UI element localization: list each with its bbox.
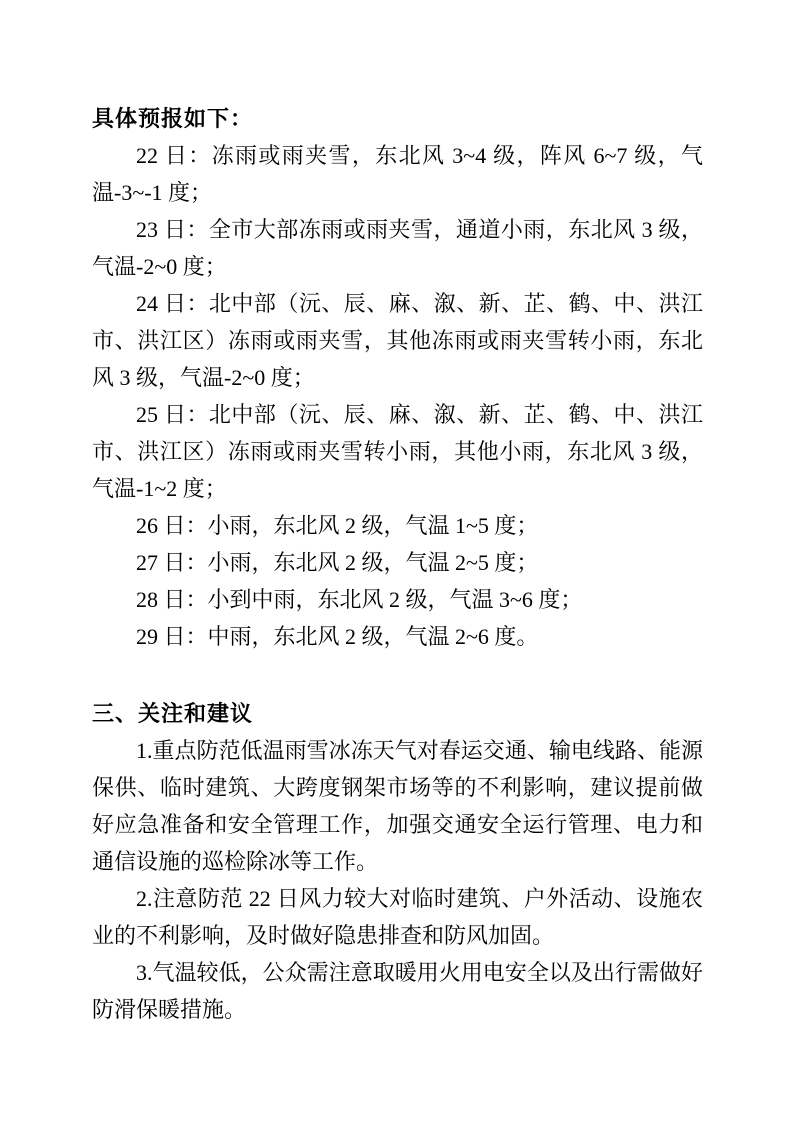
advice-item-2: 2.注意防范 22 日风力较大对临时建筑、户外活动、设施农业的不利影响，及时做好… <box>92 880 703 954</box>
forecast-heading: 具体预报如下： <box>92 100 703 137</box>
forecast-item-day23: 23 日：全市大部冻雨或雨夹雪，通道小雨，东北风 3 级，气温-2~0 度； <box>92 211 703 285</box>
advice-item-3: 3.气温较低，公众需注意取暖用火用电安全以及出行需做好防滑保暖措施。 <box>92 954 703 1028</box>
forecast-item-day22: 22 日：冻雨或雨夹雪，东北风 3~4 级，阵风 6~7 级，气温-3~-1 度… <box>92 137 703 211</box>
forecast-item-day27: 27 日：小雨，东北风 2 级，气温 2~5 度； <box>92 544 703 581</box>
forecast-item-day28: 28 日：小到中雨，东北风 2 级，气温 3~6 度； <box>92 581 703 618</box>
forecast-item-day25: 25 日：北中部（沅、辰、麻、溆、新、芷、鹤、中、洪江市、洪江区）冻雨或雨夹雪转… <box>92 396 703 507</box>
advice-section: 三、关注和建议 1.重点防范低温雨雪冰冻天气对春运交通、输电线路、能源保供、临时… <box>92 695 703 1028</box>
document-page: 具体预报如下： 22 日：冻雨或雨夹雪，东北风 3~4 级，阵风 6~7 级，气… <box>0 0 793 1122</box>
forecast-item-day26: 26 日：小雨，东北风 2 级，气温 1~5 度； <box>92 507 703 544</box>
forecast-item-day24: 24 日：北中部（沅、辰、麻、溆、新、芷、鹤、中、洪江市、洪江区）冻雨或雨夹雪，… <box>92 285 703 396</box>
advice-item-1: 1.重点防范低温雨雪冰冻天气对春运交通、输电线路、能源保供、临时建筑、大跨度钢架… <box>92 732 703 880</box>
forecast-section: 具体预报如下： 22 日：冻雨或雨夹雪，东北风 3~4 级，阵风 6~7 级，气… <box>92 100 703 655</box>
forecast-item-day29: 29 日：中雨，东北风 2 级，气温 2~6 度。 <box>92 618 703 655</box>
advice-heading: 三、关注和建议 <box>92 695 703 732</box>
